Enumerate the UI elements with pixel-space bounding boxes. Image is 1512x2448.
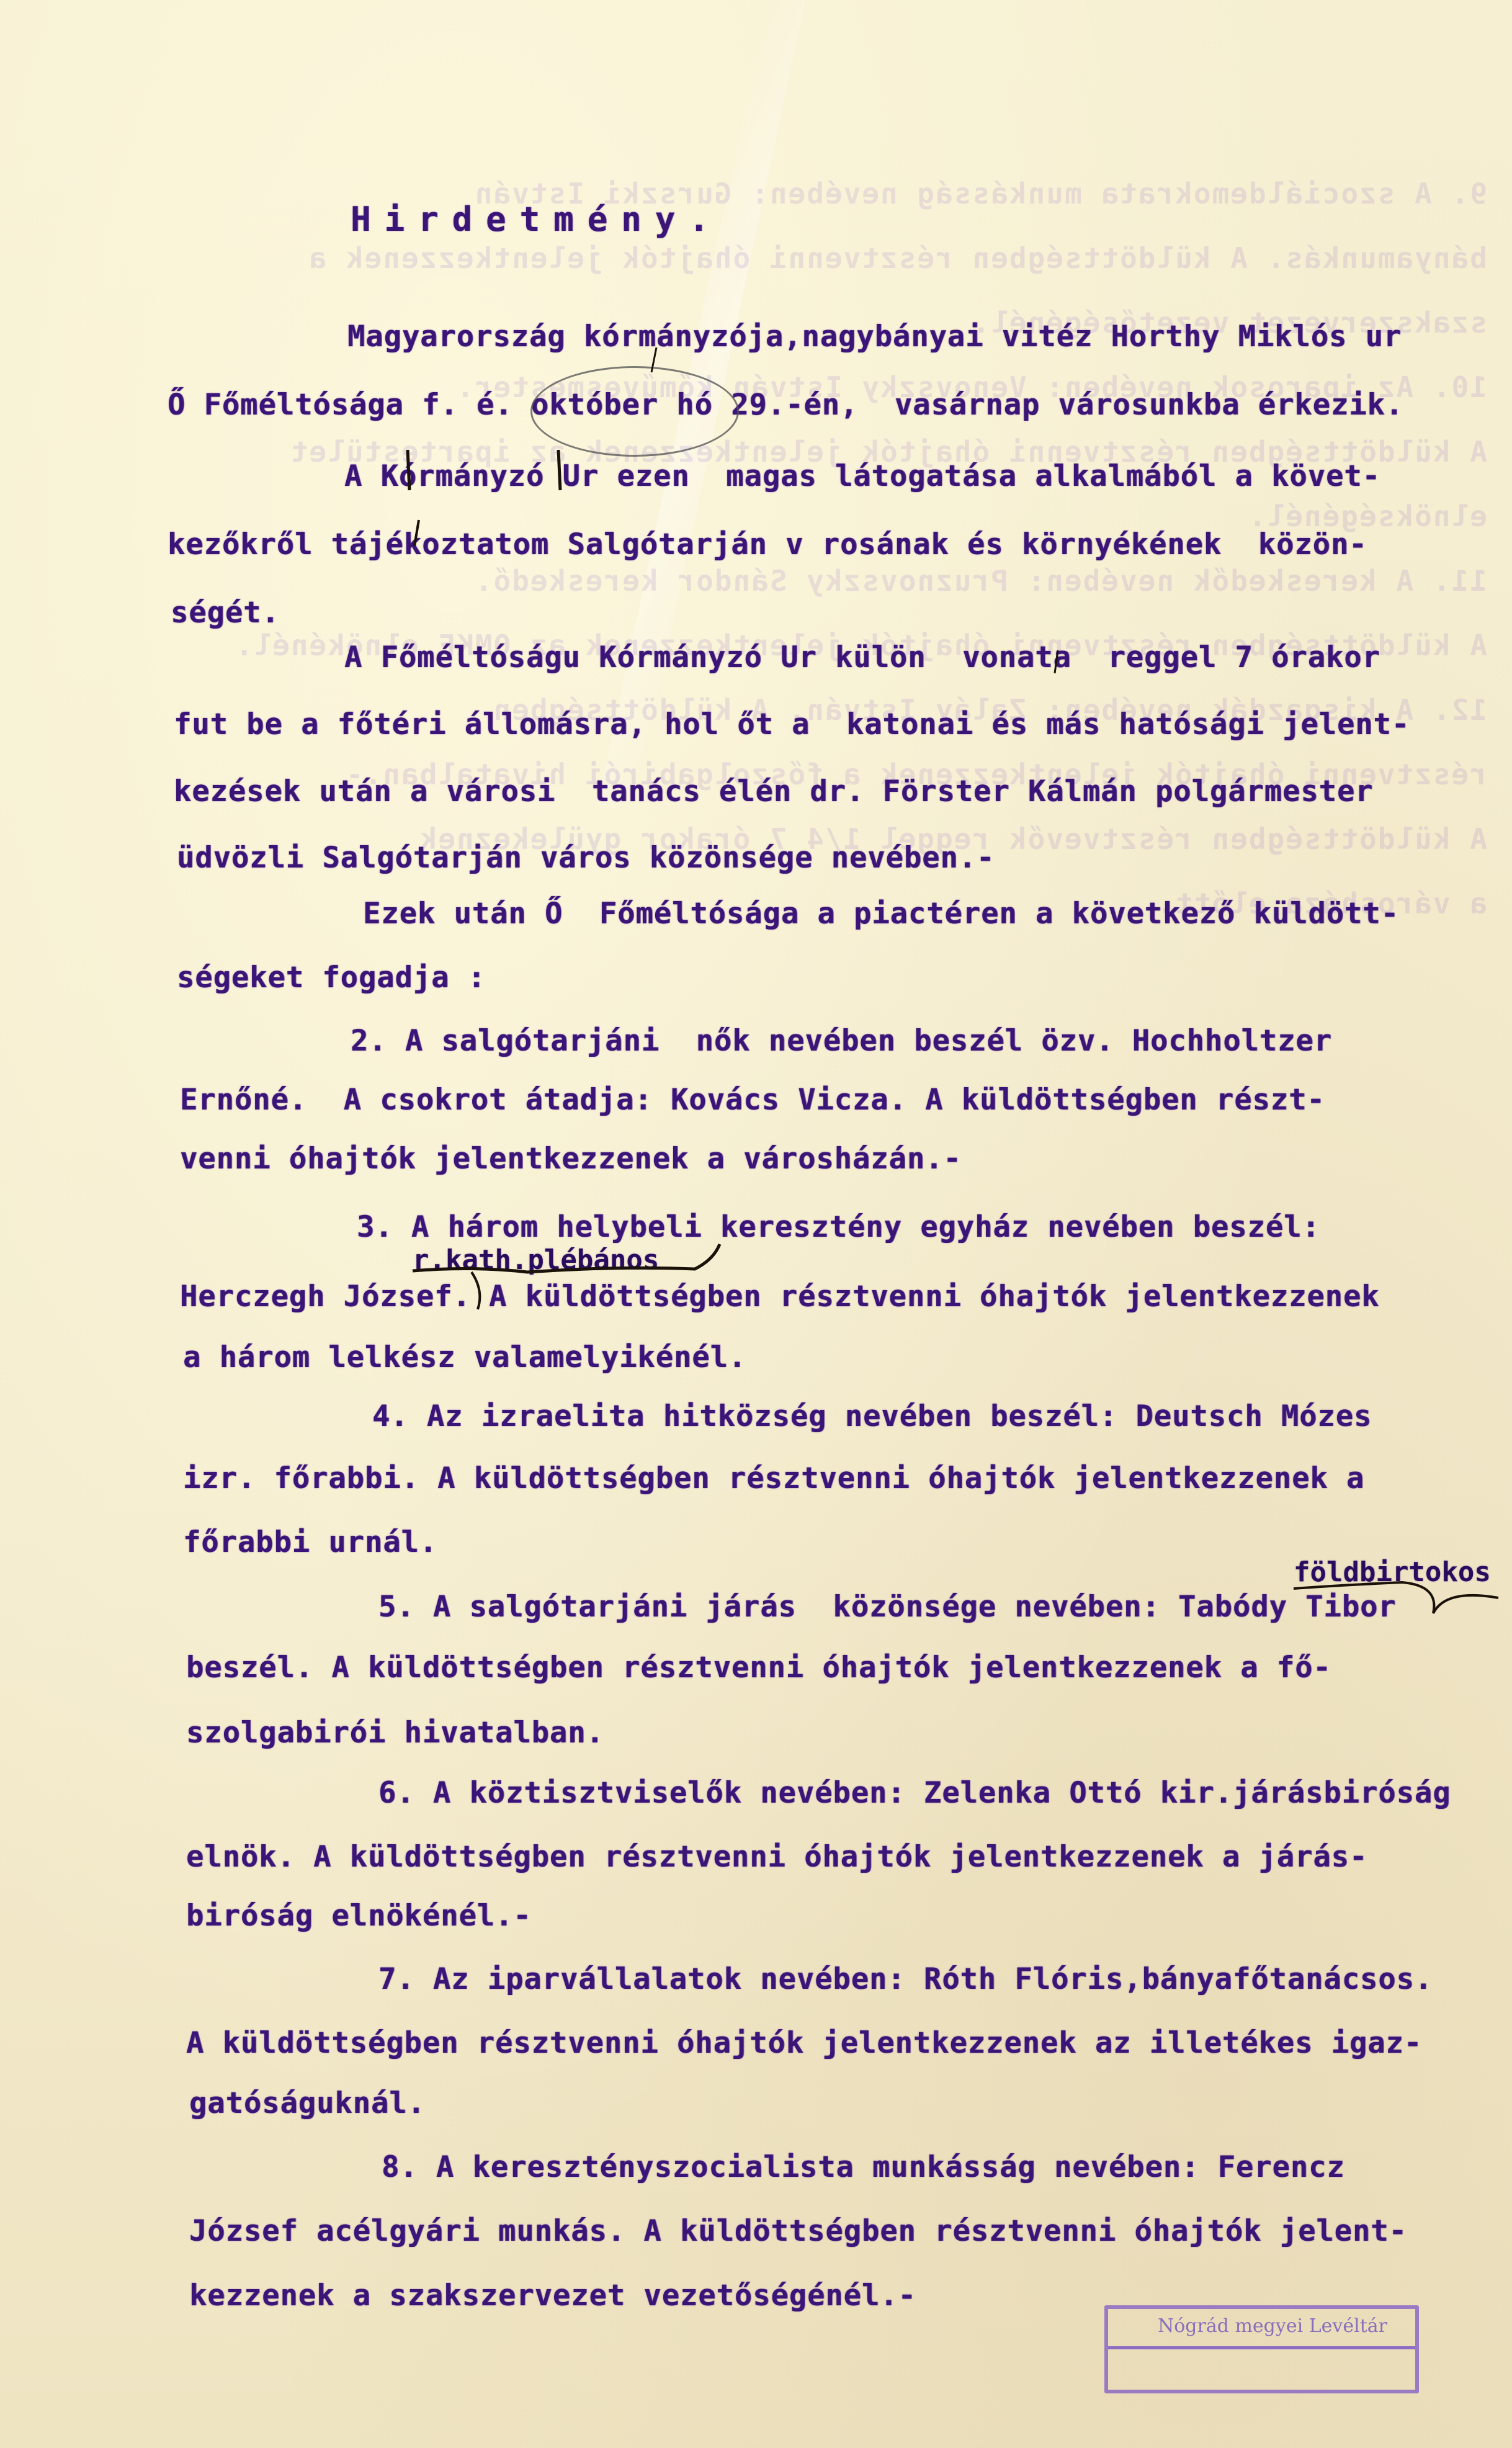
body-line: szolgabirói hivatalban.: [186, 1716, 604, 1750]
body-line: Herczegh József. A küldöttségben résztve…: [180, 1280, 1380, 1314]
handwritten-annotation-landowner: földbirtokos: [1294, 1556, 1491, 1588]
body-line: József acélgyári munkás. A küldöttségben…: [189, 2214, 1407, 2248]
document-title: Hirdetmény.: [351, 200, 723, 239]
body-line: Ernőné. A csokrot átadja: Kovács Vicza. …: [180, 1083, 1325, 1117]
list-item-4: 4. Az izraelita hitközség nevében beszél…: [372, 1399, 1372, 1433]
body-line: beszél. A küldöttségben résztvenni óhajt…: [186, 1651, 1331, 1685]
pencil-circle-mark: [530, 366, 739, 457]
body-line: kezőkről tájékoztatom Salgótarján v rosá…: [168, 527, 1367, 562]
body-line: főrabbi urnál.: [183, 1525, 437, 1559]
body-line: izr. főrabbi. A küldöttségben résztvenni…: [183, 1461, 1364, 1495]
body-line: gatóságuknál.: [189, 2086, 426, 2120]
body-line: ségeket fogadja :: [177, 961, 486, 995]
body-line: kezzenek a szakszervezet vezetőségénél.-: [189, 2279, 916, 2313]
body-line: elnök. A küldöttségben résztvenni óhajtó…: [186, 1840, 1367, 1874]
document-page: 9. A szociáldemokrata munkásság nevében:…: [0, 0, 1512, 2448]
body-line: Magyarország kórmányzója,nagybányai vité…: [347, 320, 1402, 354]
list-item-7: 7. Az iparvállalatok nevében: Róth Flóri…: [378, 1962, 1433, 1996]
list-item-2: 2. A salgótarjáni nők nevében beszél özv…: [351, 1024, 1332, 1058]
body-line: Ő Főméltósága f. é. október hó 29.-én, v…: [168, 388, 1403, 422]
body-line: a három lelkész valamelyikénél.: [183, 1340, 746, 1374]
list-item-5: 5. A salgótarjáni járás közönsége nevébe…: [378, 1590, 1397, 1624]
list-item-6: 6. A köztisztviselők nevében: Zelenka Ot…: [378, 1776, 1451, 1810]
body-line: biróság elnökénél.-: [186, 1899, 532, 1933]
body-line: fut be a főtéri állomásra, hol őt a kato…: [174, 707, 1410, 742]
body-line: kezések után a városi tanács élén dr. Fö…: [174, 774, 1374, 809]
body-line: venni óhajtók jelentkezzenek a városházá…: [180, 1142, 962, 1176]
body-line: ségét.: [171, 596, 280, 630]
handwritten-annotation-priest: r.kath.plébános: [413, 1244, 659, 1276]
stamp-label: Nógrád megyei Levéltár: [1158, 2315, 1387, 2337]
body-line: A Kórmányzó Ur ezen magas látogatása alk…: [344, 459, 1380, 493]
body-line: A küldöttségben résztvenni óhajtók jelen…: [186, 2026, 1422, 2060]
list-item-8: 8. A keresztényszocialista munkásság nev…: [382, 2150, 1345, 2184]
stamp-divider: [1108, 2346, 1415, 2349]
body-line: A Főméltóságu Kórmányzó Ur külön vonata …: [344, 640, 1380, 675]
archive-stamp: Nógrád megyei Levéltár: [1104, 2305, 1419, 2393]
body-line: üdvözli Salgótarján város közönsége nevé…: [177, 841, 995, 875]
list-item-3: 3. A három helybeli keresztény egyház ne…: [357, 1210, 1320, 1244]
body-line: Ezek után Ő Főméltósága a piactéren a kö…: [363, 897, 1399, 931]
